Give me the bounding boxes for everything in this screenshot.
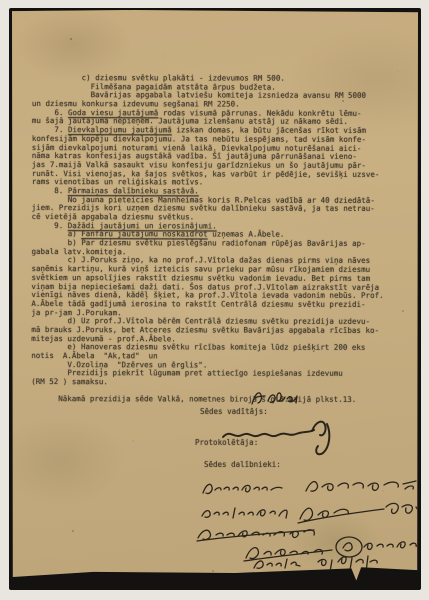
paper-sheet: c) dziesmu svētku plakāti - izdevumos RM… bbox=[12, 10, 418, 588]
secretary-label: Protokolētāja: bbox=[195, 438, 258, 447]
typed-line: Nākamā prezidija sēde Valkā, nometnes bi… bbox=[31, 395, 383, 405]
chair-signature bbox=[247, 387, 307, 409]
secretary-signature bbox=[220, 411, 355, 457]
participant-signature-1 bbox=[199, 478, 294, 500]
participant-signature-3 bbox=[197, 502, 299, 524]
scanned-document-page: { "scan": { "description": "Photographed… bbox=[0, 0, 429, 600]
participant-signature-2 bbox=[302, 473, 420, 497]
typed-lines: c) dziesmu svētku plakāti - izdevumos RM… bbox=[31, 74, 384, 405]
participants-label: Sēdes dalībnieki: bbox=[204, 460, 281, 469]
